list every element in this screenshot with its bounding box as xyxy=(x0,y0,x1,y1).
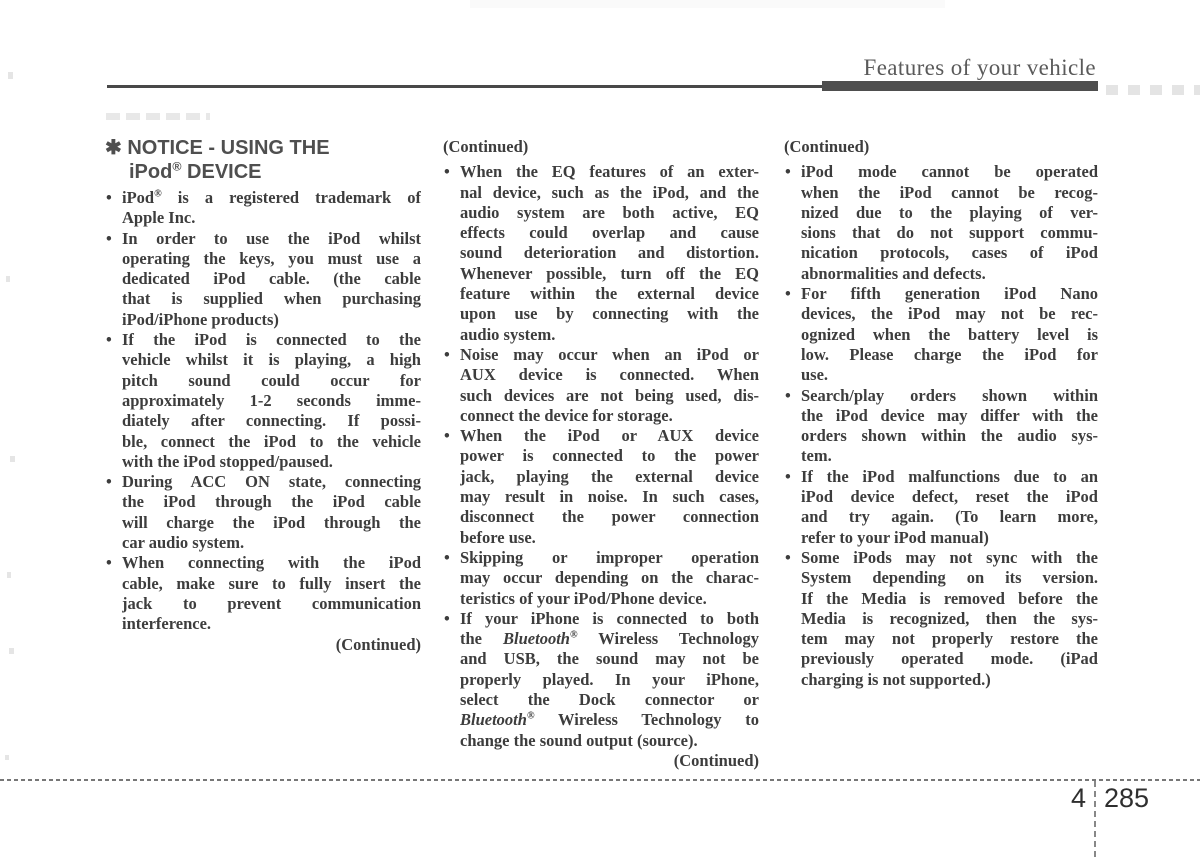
text-line: Some iPods may not sync with the xyxy=(801,548,1098,568)
scan-artifact-speck xyxy=(5,755,9,760)
text-line: If your iPhone is connected to both xyxy=(460,609,759,629)
text-line: Whenever possible, turn off the EQ xyxy=(460,264,759,284)
bullet-item: •When connecting with the iPodcable, mak… xyxy=(105,553,421,634)
text-line: upon use by connecting with the xyxy=(460,304,759,324)
text-line: previously operated mode. (iPad xyxy=(801,649,1098,669)
text-line: tem. xyxy=(801,446,1098,466)
column-middle: (Continued)•When the EQ features of an e… xyxy=(443,137,759,771)
footer-dashed-line xyxy=(0,779,1200,781)
text-line: If the Media is removed before the xyxy=(801,589,1098,609)
bullet-marker: • xyxy=(444,162,450,182)
bullet-item: •iPod mode cannot be operatedwhen the iP… xyxy=(784,162,1098,284)
text-line: and USB, the sound may not be xyxy=(460,649,759,669)
text-line: nication protocols, cases of iPod xyxy=(801,243,1098,263)
text-line: with the iPod stopped/paused. xyxy=(122,452,421,472)
text-line: and try again. (To learn more, xyxy=(801,507,1098,527)
scan-artifact-speck xyxy=(6,276,10,282)
scan-artifact-speck xyxy=(8,72,13,79)
text-line: jack to prevent communication xyxy=(122,594,421,614)
bullet-item: •In order to use the iPod whilstoperatin… xyxy=(105,229,421,330)
page-number: 285 xyxy=(1104,783,1149,814)
scan-artifact-right-dashes xyxy=(1106,85,1200,95)
bullet-item: •For fifth generation iPod Nanodevices, … xyxy=(784,284,1098,385)
text-line: Apple Inc. xyxy=(122,208,421,228)
bullet-item: •iPod® is a registered trademark ofApple… xyxy=(105,188,421,229)
text-line: iPod/iPhone products) xyxy=(122,310,421,330)
text-line: the iPod through the iPod cable xyxy=(122,492,421,512)
text-line: such devices are not being used, dis- xyxy=(460,386,759,406)
text-line: select the Dock connector or xyxy=(460,690,759,710)
text-line: When the iPod or AUX device xyxy=(460,426,759,446)
text-line: During ACC ON state, connecting xyxy=(122,472,421,492)
bullet-item: •If the iPod malfunctions due to aniPod … xyxy=(784,467,1098,548)
text-line: car audio system. xyxy=(122,533,421,553)
scan-artifact-speck xyxy=(10,456,15,462)
scan-artifact-top xyxy=(470,0,945,8)
bullet-item: •If your iPhone is connected to boththe … xyxy=(443,609,759,751)
bullet-marker: • xyxy=(106,188,112,208)
header-accent-bar xyxy=(822,81,1098,91)
text-line: change the sound output (source). xyxy=(460,731,759,751)
text-line: devices, the iPod may not be rec- xyxy=(801,304,1098,324)
text-line: may result in noise. In such cases, xyxy=(460,487,759,507)
bullet-marker: • xyxy=(106,229,112,249)
text-line: dedicated iPod cable. (the cable xyxy=(122,269,421,289)
bullet-item: •When the iPod or AUX devicepower is con… xyxy=(443,426,759,548)
text-line: will charge the iPod through the xyxy=(122,513,421,533)
bullet-marker: • xyxy=(444,548,450,568)
text-line: Skipping or improper operation xyxy=(460,548,759,568)
text-line: properly played. In your iPhone, xyxy=(460,670,759,690)
bullet-item: •If the iPod is connected to thevehicle … xyxy=(105,330,421,472)
text-line: iPod® is a registered trademark of xyxy=(122,188,421,208)
text-line: audio system. xyxy=(460,325,759,345)
bullet-marker: • xyxy=(106,330,112,350)
text-line: the iPod device may differ with the xyxy=(801,406,1098,426)
page-title: Features of your vehicle xyxy=(864,55,1097,81)
text-line: ognized when the battery level is xyxy=(801,325,1098,345)
text-line: ble, connect the iPod to the vehicle xyxy=(122,432,421,452)
bullet-marker: • xyxy=(444,426,450,446)
bullet-item: •When the EQ features of an exter-nal de… xyxy=(443,162,759,345)
scan-artifact-speck xyxy=(9,648,14,654)
text-line: Bluetooth® Wireless Technology to xyxy=(460,710,759,730)
text-line: Search/play orders shown within xyxy=(801,386,1098,406)
text-line: sound deterioration and distortion. xyxy=(460,243,759,263)
bullet-marker: • xyxy=(785,162,791,182)
bullet-marker: • xyxy=(444,609,450,629)
notice-heading: ✱ NOTICE - USING THEiPod® DEVICE xyxy=(105,137,421,184)
text-line: orders shown within the audio sys- xyxy=(801,426,1098,446)
column-right: (Continued)•iPod mode cannot be operated… xyxy=(784,137,1098,690)
text-line: power is connected to the power xyxy=(460,446,759,466)
text-line: refer to your iPod manual) xyxy=(801,528,1098,548)
text-line: disconnect the power connection xyxy=(460,507,759,527)
text-line: Noise may occur when an iPod or xyxy=(460,345,759,365)
text-line: nized due to the playing of ver- xyxy=(801,203,1098,223)
text-line: operating the keys, you must use a xyxy=(122,249,421,269)
bullet-marker: • xyxy=(106,553,112,573)
bullet-marker: • xyxy=(444,345,450,365)
text-line: System depending on its version. xyxy=(801,568,1098,588)
continued-label: (Continued) xyxy=(443,751,759,771)
text-line: before use. xyxy=(460,528,759,548)
bullet-item: •Skipping or improper operationmay occur… xyxy=(443,548,759,609)
text-line: approximately 1-2 seconds imme- xyxy=(122,391,421,411)
notice-heading-line: ✱ NOTICE - USING THE xyxy=(129,137,421,161)
continued-label: (Continued) xyxy=(784,137,1098,157)
continued-label: (Continued) xyxy=(443,137,759,157)
continued-label: (Continued) xyxy=(105,635,421,655)
bullet-item: •During ACC ON state, connectingthe iPod… xyxy=(105,472,421,553)
text-line: interference. xyxy=(122,614,421,634)
scan-artifact-ghost-text xyxy=(106,113,210,120)
text-line: Media is recognized, then the sys- xyxy=(801,609,1098,629)
text-line: sions that do not support commu- xyxy=(801,223,1098,243)
text-line: For fifth generation iPod Nano xyxy=(801,284,1098,304)
text-line: tem may not properly restore the xyxy=(801,629,1098,649)
text-line: feature within the external device xyxy=(460,284,759,304)
column-left: ✱ NOTICE - USING THEiPod® DEVICE•iPod® i… xyxy=(105,137,421,655)
text-line: that is supplied when purchasing xyxy=(122,289,421,309)
text-line: cable, make sure to fully insert the xyxy=(122,574,421,594)
bullet-marker: • xyxy=(785,548,791,568)
text-line: When the EQ features of an exter- xyxy=(460,162,759,182)
text-line: connect the device for storage. xyxy=(460,406,759,426)
bullet-marker: • xyxy=(785,467,791,487)
text-line: audio system are both active, EQ xyxy=(460,203,759,223)
text-line: the Bluetooth® Wireless Technology xyxy=(460,629,759,649)
text-line: iPod device defect, reset the iPod xyxy=(801,487,1098,507)
text-line: effects could overlap and cause xyxy=(460,223,759,243)
bullet-item: •Search/play orders shown withinthe iPod… xyxy=(784,386,1098,467)
bullet-item: •Some iPods may not sync with theSystem … xyxy=(784,548,1098,690)
text-line: When connecting with the iPod xyxy=(122,553,421,573)
notice-heading-line: iPod® DEVICE xyxy=(129,161,421,185)
text-line: abnormalities and defects. xyxy=(801,264,1098,284)
text-line: may occur depending on the charac- xyxy=(460,568,759,588)
bullet-marker: • xyxy=(785,386,791,406)
text-line: iPod mode cannot be operated xyxy=(801,162,1098,182)
text-line: If the iPod is connected to the xyxy=(122,330,421,350)
text-line: vehicle whilst it is playing, a high xyxy=(122,350,421,370)
text-line: nal device, such as the iPod, and the xyxy=(460,183,759,203)
text-line: diately after connecting. If possi- xyxy=(122,411,421,431)
footer-divider-line xyxy=(1094,781,1096,861)
text-line: jack, playing the external device xyxy=(460,467,759,487)
scan-artifact-speck xyxy=(7,572,11,578)
bullet-marker: • xyxy=(106,472,112,492)
bullet-marker: • xyxy=(785,284,791,304)
bullet-item: •Noise may occur when an iPod orAUX devi… xyxy=(443,345,759,426)
text-line: when the iPod cannot be recog- xyxy=(801,183,1098,203)
text-line: low. Please charge the iPod for xyxy=(801,345,1098,365)
text-line: In order to use the iPod whilst xyxy=(122,229,421,249)
text-line: charging is not supported.) xyxy=(801,670,1098,690)
text-line: use. xyxy=(801,365,1098,385)
text-line: teristics of your iPod/Phone device. xyxy=(460,589,759,609)
chapter-number: 4 xyxy=(1040,783,1086,814)
manual-page: Features of your vehicle ✱ NOTICE - USIN… xyxy=(0,0,1200,861)
text-line: AUX device is connected. When xyxy=(460,365,759,385)
text-line: If the iPod malfunctions due to an xyxy=(801,467,1098,487)
text-line: pitch sound could occur for xyxy=(122,371,421,391)
